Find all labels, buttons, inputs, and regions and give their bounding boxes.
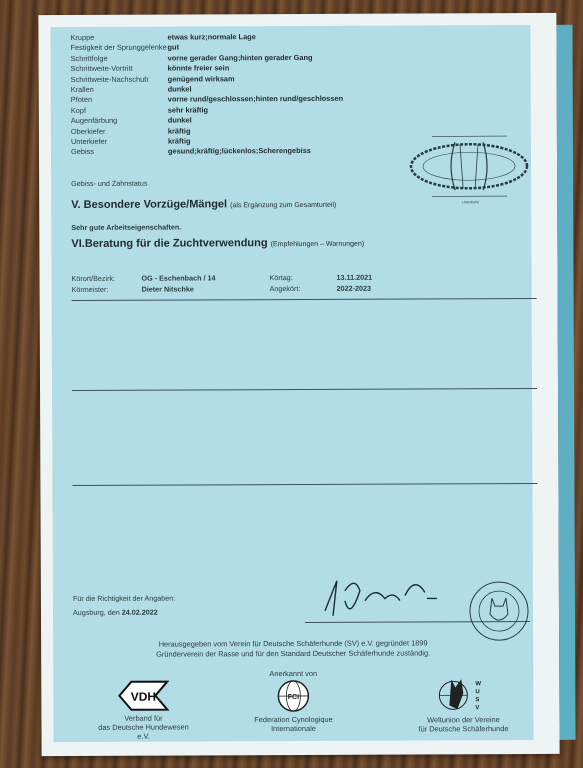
correctness-label: Für die Richtigkeit der Angaben: (73, 594, 175, 603)
section-5-text: Sehr gute Arbeitseigenschaften. (71, 223, 181, 232)
svg-text:S: S (475, 697, 479, 703)
kormeister-label: Körmeister: (72, 285, 109, 294)
vdh-logo-icon: VDH (117, 680, 169, 712)
blue-edge-stripe (556, 25, 575, 740)
section-6-note: (Empfehlungen – Warnungen) (271, 241, 365, 248)
section-5-note: (als Ergänzung zum Gesamturteil) (230, 202, 336, 209)
korort-value: OG - Eschenbach / 14 (142, 273, 216, 282)
trait-value: vorne gerader Gang;hinten gerader Gang (168, 53, 313, 63)
angekort-label: Angekört: (270, 284, 301, 293)
section-6-title: VI.Beratung für die Zuchtverwendung (71, 237, 267, 250)
fci-name-2: Internationale (243, 724, 343, 733)
svg-text:W: W (475, 681, 481, 687)
dental-status-label: Gebiss- und Zahnstatus (71, 179, 147, 188)
svg-text:U: U (475, 689, 479, 695)
svg-text:Unterkiefer: Unterkiefer (462, 200, 480, 204)
publisher-line-2: Gründerverein der Rasse und für den Stan… (53, 648, 533, 659)
kortag-label: Körtag: (270, 273, 293, 282)
kormeister-value: Dieter Nitschke (142, 284, 194, 293)
trait-value: dunkel (168, 116, 192, 125)
trait-value: gesund;kräftig;lückenlos;Scherengebiss (168, 146, 311, 156)
vdh-name-1: Verband für (93, 713, 193, 722)
angekort-value: 2022-2023 (337, 284, 371, 293)
trait-value: etwas kurz;normale Lage (167, 32, 255, 41)
svg-text:V: V (475, 705, 479, 711)
issue-date: 24.02.2022 (122, 608, 158, 617)
section-6-heading: VI.Beratung für die Zuchtverwendung (Emp… (71, 237, 364, 250)
fci-globe-icon: FCI (275, 679, 311, 713)
wusv-logo-block: WUSV Weltunion der Vereine für Deutsche … (408, 675, 518, 733)
trait-value: könnte freier sein (168, 63, 230, 72)
section-5-title: V. Besondere Vorzüge/Mängel (71, 198, 227, 211)
trait-value: sehr kräftig (168, 105, 208, 114)
fci-name-1: Federation Cynologique (243, 715, 343, 724)
trait-value: gut (168, 43, 180, 52)
wusv-logo-icon: WUSV (435, 675, 491, 713)
kortag-value: 13.11.2021 (337, 273, 373, 282)
trait-value: kräftig (168, 126, 191, 135)
trait-list: Kruppeetwas kurz;normale LageFestigkeit … (50, 25, 530, 27)
svg-text:FCI: FCI (288, 694, 299, 701)
wusv-name-1: Weltunion der Vereine (408, 715, 518, 724)
sv-seal-icon (468, 580, 530, 642)
wusv-name-2: für Deutsche Schäferhunde (408, 724, 518, 733)
dental-chart-icon: Unterkiefer (407, 130, 532, 206)
trait-value: dunkel (168, 84, 192, 93)
trait-value: kräftig (168, 136, 191, 145)
trait-value: genügend wirksam (168, 74, 235, 83)
vdh-name-2: das Deutsche Hundewesen e.V. (93, 722, 193, 740)
trait-value: vorne rund/geschlossen;hinten rund/gesch… (168, 94, 343, 104)
signature-icon (315, 570, 445, 621)
certificate-sheet: Kruppeetwas kurz;normale LageFestigkeit … (50, 25, 533, 742)
place-date: Augsburg, den 24.02.2022 (73, 608, 158, 617)
divider-1 (72, 298, 537, 301)
fci-logo-block: FCI Federation Cynologique International… (243, 679, 343, 733)
korort-label: Körort/Bezirk: (72, 274, 116, 283)
place-text: Augsburg, den (73, 608, 122, 617)
section-5-heading: V. Besondere Vorzüge/Mängel (als Ergänzu… (71, 198, 336, 211)
divider-2 (72, 388, 537, 391)
document-paper: Kruppeetwas kurz;normale LageFestigkeit … (38, 13, 559, 756)
divider-3 (72, 483, 537, 486)
vdh-logo-block: VDH Verband für das Deutsche Hundewesen … (93, 679, 193, 740)
svg-text:VDH: VDH (131, 690, 156, 704)
